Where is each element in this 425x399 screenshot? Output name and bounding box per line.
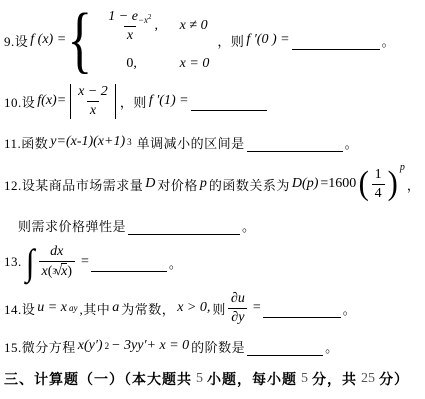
- q12-fraction-numerator: 1: [372, 167, 385, 184]
- q10-numerator: x − 2: [75, 84, 111, 101]
- q14-partial-denominator: ∂y: [228, 308, 247, 326]
- q11-period: 。: [345, 133, 359, 152]
- question-12-line2: 则需求价格弹性是 。: [18, 214, 256, 236]
- q15-equation-part2: − 3yy′+ x = 0: [111, 338, 189, 354]
- q11-exponent: 3: [127, 138, 132, 147]
- q14-then-text: 则: [212, 299, 226, 318]
- question-12-line1: 12.设某商品市场需求量 D 对价格 p 的函数关系为 D(p)=1600 ( …: [4, 161, 420, 207]
- section-number-2: 5: [301, 371, 308, 387]
- q10-answer-blank: [191, 98, 267, 111]
- section-number-3: 25: [361, 371, 375, 387]
- q13-denominator-rparen: ): [67, 264, 72, 280]
- q14-constant-symbol: a: [112, 300, 119, 316]
- q14-mid2: 为常数，: [121, 299, 175, 318]
- q14-period: 。: [343, 299, 357, 318]
- q9-case1-fraction: 1 − e−x2 x: [105, 9, 154, 44]
- q9-case2-value: 0,: [126, 56, 137, 72]
- q12-period: 。: [242, 216, 256, 235]
- q9-period: 。: [382, 31, 396, 50]
- q13-fraction: dx x(3√x): [39, 244, 75, 280]
- q10-then-math: f ′(1) =: [149, 93, 189, 109]
- q15-equation-part1: x(y′): [78, 338, 103, 354]
- section-text-4: 分）: [379, 369, 409, 389]
- q9-case1-denominator: x: [124, 26, 136, 44]
- q10-then-text: ，则: [120, 92, 147, 111]
- q13-answer-blank: [91, 259, 167, 272]
- q11-after-text: 单调减小的区间是: [137, 133, 245, 152]
- q10-absolute-value: x − 2 x: [70, 84, 116, 119]
- q10-fraction: x − 2 x: [75, 84, 111, 119]
- q11-math: y=(x-1)(x+1): [50, 134, 125, 150]
- section-text-2: 小题，每小题: [207, 369, 297, 389]
- q12-left-paren: (: [359, 169, 369, 199]
- question-10: 10.设 f(x)= x − 2 x ，则 f ′(1) =: [4, 80, 267, 122]
- q14-partial-derivative: ∂u ∂y: [228, 291, 248, 326]
- q9-case1-exponent: −x: [138, 15, 148, 25]
- q12-answer-blank: [128, 222, 240, 235]
- q13-period: 。: [169, 253, 183, 272]
- q9-case2: 0, x = 0: [100, 56, 210, 72]
- q14-condition: x > 0,: [177, 300, 210, 316]
- q12-function-name: D(p): [292, 176, 318, 192]
- question-13: 13. ∫ dx x(3√x) = 。: [4, 240, 182, 284]
- q12-intro: 12.设某商品市场需求量: [4, 175, 143, 194]
- q9-cases: 1 − e−x2 x , x ≠ 0 0, x = 0: [100, 9, 210, 72]
- q9-case1-condition: x ≠ 0: [180, 18, 208, 34]
- q12-price-symbol: p: [200, 176, 207, 192]
- q9-answer-blank: [292, 37, 380, 50]
- q12-equals-1600: =1600: [320, 176, 356, 192]
- q9-then-math: f ′(0 ) =: [246, 32, 289, 48]
- q14-partial-numerator: ∂u: [228, 291, 248, 308]
- question-11: 11.函数 y=(x-1)(x+1)3 单调减小的区间是 。: [4, 131, 358, 153]
- q9-case1-numerator: 1 − e: [108, 9, 138, 25]
- q12-mid1: 对价格: [157, 175, 198, 194]
- question-14: 14.设 u = xay ,其中 a 为常数， x > 0, 则 ∂u ∂y =…: [4, 287, 356, 329]
- q9-then-text: ，则: [217, 31, 244, 50]
- q9-case2-condition: x = 0: [180, 56, 210, 72]
- q12-fraction: 1 4: [372, 167, 385, 202]
- q13-label: 13.: [4, 254, 22, 270]
- q11-label: 11.函数: [4, 133, 48, 152]
- question-15: 15.微分方程 x(y′)2 − 3yy′+ x = 0 的阶数是 。: [4, 334, 339, 358]
- q12-right-paren: ): [387, 169, 397, 199]
- q12-demand-symbol: D: [145, 176, 155, 192]
- q14-mid1: ,其中: [79, 299, 110, 318]
- q15-exponent: 2: [105, 342, 110, 351]
- q9-label: 9.设: [4, 31, 28, 50]
- section-text-1: 三、计算题（一）（本大题共: [4, 369, 192, 389]
- q15-period: 。: [325, 337, 339, 356]
- section-heading: 三、计算题（一）（本大题共 5 小题，每小题 5 分，共 25 分）: [4, 365, 409, 393]
- q14-answer-blank: [263, 305, 341, 318]
- q10-denominator: x: [87, 101, 99, 119]
- q9-case1-comma: ,: [155, 18, 159, 34]
- q11-answer-blank: [247, 139, 343, 152]
- q12-exponent: p: [400, 162, 405, 173]
- section-number-1: 5: [196, 371, 203, 387]
- q9-function: f (x) =: [30, 32, 66, 48]
- exam-page: 9.设 f (x) = { 1 − e−x2 x , x ≠ 0 0,: [0, 0, 425, 399]
- q12-comma: ，: [407, 175, 421, 194]
- q13-integral-sign: ∫: [26, 245, 35, 280]
- q9-brace: {: [67, 7, 92, 73]
- q13-equals: =: [81, 254, 89, 270]
- q15-after-text: 的阶数是: [191, 337, 245, 356]
- q9-case1-exponent-power: 2: [148, 13, 152, 21]
- q15-answer-blank: [247, 343, 323, 356]
- q14-label: 14.设: [4, 299, 35, 318]
- q10-function: f(x)=: [37, 93, 66, 109]
- q14-exponent: ay: [69, 304, 78, 313]
- q9-case1: 1 − e−x2 x , x ≠ 0: [100, 9, 210, 44]
- section-text-3: 分，共: [312, 369, 357, 389]
- q14-equals: =: [253, 300, 261, 316]
- q15-label: 15.微分方程: [4, 337, 76, 356]
- q14-base-expression: u = x: [37, 300, 67, 316]
- q10-label: 10.设: [4, 92, 35, 111]
- question-9: 9.设 f (x) = { 1 − e−x2 x , x ≠ 0 0,: [4, 0, 395, 80]
- q13-numerator: dx: [47, 244, 66, 261]
- q12-fraction-denominator: 4: [372, 184, 385, 202]
- q12-line2-text: 则需求价格弹性是: [18, 216, 126, 235]
- q12-mid2: 的函数关系为: [209, 175, 290, 194]
